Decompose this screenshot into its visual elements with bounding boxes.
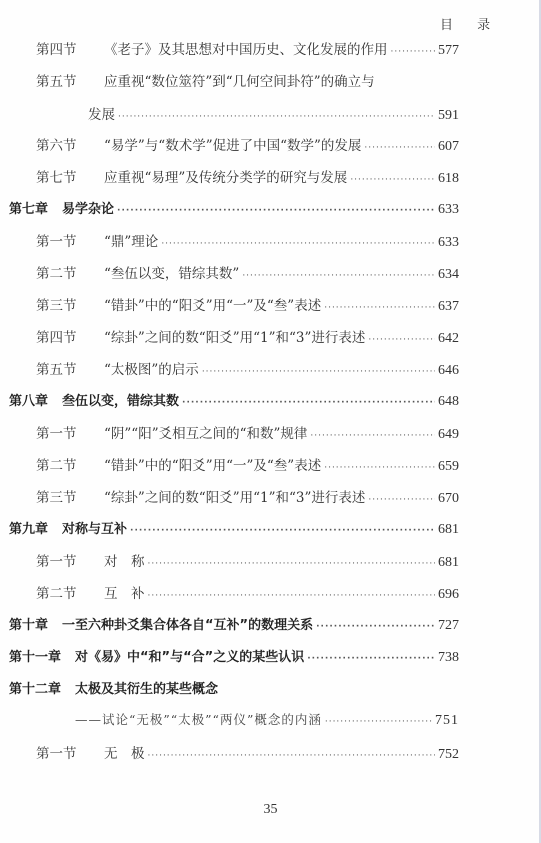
entry-title: “错卦”中的“阳爻”用“一”及“叁”表述: [104, 294, 321, 314]
toc-chapter-entry[interactable]: 第十二章太极及其衍生的某些概念: [9, 678, 459, 698]
toc-section-entry[interactable]: 第一节对 称681: [36, 550, 459, 570]
entry-page-number: 642: [438, 331, 459, 347]
dot-leader: [242, 271, 435, 281]
dot-leader: [130, 526, 435, 536]
toc-section-entry[interactable]: 第二节“错卦”中的“阳爻”用“一”及“叁”表述659: [36, 454, 459, 474]
entry-title: “阴”“阳”爻相互之间的“和数”规律: [104, 422, 307, 442]
dot-leader: [325, 717, 432, 727]
entry-page-number: 727: [438, 618, 459, 634]
toc-section-entry[interactable]: 第二节互 补696: [36, 582, 459, 602]
toc-section-entry[interactable]: 第二节“叁伍以变，错综其数”634: [36, 262, 459, 282]
toc-section-entry[interactable]: 第四节“综卦”之间的数“阳爻”用“1”和“3”进行表述642: [36, 326, 459, 346]
entry-page-number: 591: [438, 108, 459, 124]
entry-page-number: 618: [438, 171, 459, 187]
entry-page-number: 738: [438, 650, 459, 666]
dot-leader: [118, 112, 435, 122]
entry-title: 太极及其衍生的某些概念: [75, 678, 218, 697]
entry-title: ——试论“无极”“太极”“两仪”概念的内涵: [75, 710, 322, 728]
document-page: 目 录 第四节《老子》及其思想对中国历史、文化发展的作用577第五节应重视“数位…: [0, 0, 539, 843]
dot-leader: [202, 367, 435, 377]
entry-number-label: 第一节: [36, 230, 104, 250]
entry-page-number: 681: [438, 555, 459, 571]
entry-title: 应重视“数位筮符”到“几何空间卦符”的确立与: [104, 70, 375, 90]
entry-title: 对《易》中“和”与“合”之义的某些认识: [75, 646, 304, 665]
entry-number-label: 第十一章: [9, 646, 61, 665]
entry-number-label: 第一节: [36, 422, 104, 442]
entry-title: 易学杂论: [62, 198, 114, 217]
toc-section-entry[interactable]: 第六节“易学”与“数术学”促进了中国“数学”的发展607: [36, 134, 459, 154]
entry-title: 发展: [88, 103, 115, 123]
entry-title: 互 补: [104, 582, 145, 602]
entry-title: 叁伍以变，错综其数: [62, 390, 179, 409]
toc-section-entry[interactable]: 第四节《老子》及其思想对中国历史、文化发展的作用577: [36, 38, 459, 58]
toc-section-entry[interactable]: 第一节“鼎”理论633: [36, 230, 459, 250]
entry-page-number: 633: [438, 235, 459, 251]
entry-title: 对 称: [104, 550, 145, 570]
dot-leader: [117, 206, 435, 216]
entry-number-label: 第一节: [36, 550, 104, 570]
entry-title: 一至六种卦爻集合体各自“互补”的数理关系: [62, 614, 313, 633]
dot-leader: [148, 751, 436, 761]
entry-title: “综卦”之间的数“阳爻”用“1”和“3”进行表述: [104, 486, 365, 506]
entry-title: 对称与互补: [62, 518, 127, 537]
toc-section-entry[interactable]: 第五节“太极图”的启示646: [36, 358, 459, 378]
toc-section-entry[interactable]: 第三节“综卦”之间的数“阳爻”用“1”和“3”进行表述670: [36, 486, 459, 506]
entry-page-number: 649: [438, 427, 459, 443]
dot-leader: [324, 303, 435, 313]
entry-number-label: 第九章: [9, 518, 48, 537]
running-header: 目 录: [440, 14, 500, 33]
toc-section-entry[interactable]: 第三节“错卦”中的“阳爻”用“一”及“叁”表述637: [36, 294, 459, 314]
entry-number-label: 第二节: [36, 262, 104, 282]
toc-chapter-entry[interactable]: 第十一章对《易》中“和”与“合”之义的某些认识738: [9, 646, 459, 666]
entry-number-label: 第二节: [36, 454, 104, 474]
toc-chapter-entry[interactable]: 第七章易学杂论633: [9, 198, 459, 218]
dot-leader: [161, 239, 435, 249]
entry-page-number: 752: [438, 747, 459, 763]
entry-number-label: 第五节: [36, 70, 104, 90]
toc-continuation-line[interactable]: 发展591: [88, 103, 459, 123]
entry-number-label: 第三节: [36, 294, 104, 314]
entry-title: 无 极: [104, 742, 145, 762]
toc-section-entry[interactable]: 第一节无 极752: [36, 742, 459, 762]
toc-chapter-entry[interactable]: 第九章对称与互补681: [9, 518, 459, 538]
dot-leader: [364, 143, 435, 153]
entry-title: “错卦”中的“阳爻”用“一”及“叁”表述: [104, 454, 321, 474]
toc-section-entry[interactable]: 第七节应重视“易理”及传统分类学的研究与发展618: [36, 166, 459, 186]
entry-page-number: 633: [438, 202, 459, 218]
toc-chapter-entry[interactable]: 第八章叁伍以变，错综其数648: [9, 390, 459, 410]
entry-number-label: 第十二章: [9, 678, 61, 697]
entry-page-number: 751: [435, 713, 459, 729]
entry-page-number: 648: [438, 394, 459, 410]
entry-title: “叁伍以变，错综其数”: [104, 262, 239, 282]
dot-leader: [368, 495, 435, 505]
toc-continuation-line[interactable]: ——试论“无极”“太极”“两仪”概念的内涵751: [75, 710, 459, 730]
entry-page-number: 696: [438, 587, 459, 603]
entry-number-label: 第十章: [9, 614, 48, 633]
entry-number-label: 第一节: [36, 742, 104, 762]
dot-leader: [307, 654, 435, 664]
entry-page-number: 634: [438, 267, 459, 283]
dot-leader: [391, 47, 436, 57]
dot-leader: [148, 559, 436, 569]
dot-leader: [310, 431, 435, 441]
entry-title: “综卦”之间的数“阳爻”用“1”和“3”进行表述: [104, 326, 365, 346]
entry-page-number: 577: [438, 43, 459, 59]
toc-section-entry[interactable]: 第一节“阴”“阳”爻相互之间的“和数”规律649: [36, 422, 459, 442]
entry-page-number: 646: [438, 363, 459, 379]
entry-title: “鼎”理论: [104, 230, 158, 250]
entry-number-label: 第二节: [36, 582, 104, 602]
entry-page-number: 659: [438, 459, 459, 475]
entry-page-number: 607: [438, 139, 459, 155]
entry-page-number: 637: [438, 299, 459, 315]
entry-title: “太极图”的启示: [104, 358, 199, 378]
entry-number-label: 第六节: [36, 134, 104, 154]
entry-number-label: 第五节: [36, 358, 104, 378]
entry-number-label: 第四节: [36, 38, 104, 58]
entry-number-label: 第七节: [36, 166, 104, 186]
dot-leader: [316, 622, 435, 632]
dot-leader: [350, 175, 435, 185]
page-number: 35: [0, 802, 541, 818]
entry-title: 应重视“易理”及传统分类学的研究与发展: [104, 166, 347, 186]
toc-chapter-entry[interactable]: 第十章一至六种卦爻集合体各自“互补”的数理关系727: [9, 614, 459, 634]
entry-number-label: 第七章: [9, 198, 48, 217]
entry-title: 《老子》及其思想对中国历史、文化发展的作用: [104, 38, 388, 58]
dot-leader: [324, 463, 435, 473]
entry-page-number: 681: [438, 522, 459, 538]
entry-number-label: 第八章: [9, 390, 48, 409]
dot-leader: [182, 398, 435, 408]
dot-leader: [368, 335, 435, 345]
toc-section-entry[interactable]: 第五节应重视“数位筮符”到“几何空间卦符”的确立与: [36, 70, 459, 90]
entry-number-label: 第四节: [36, 326, 104, 346]
entry-number-label: 第三节: [36, 486, 104, 506]
entry-page-number: 670: [438, 491, 459, 507]
dot-leader: [148, 591, 436, 601]
entry-title: “易学”与“数术学”促进了中国“数学”的发展: [104, 134, 361, 154]
